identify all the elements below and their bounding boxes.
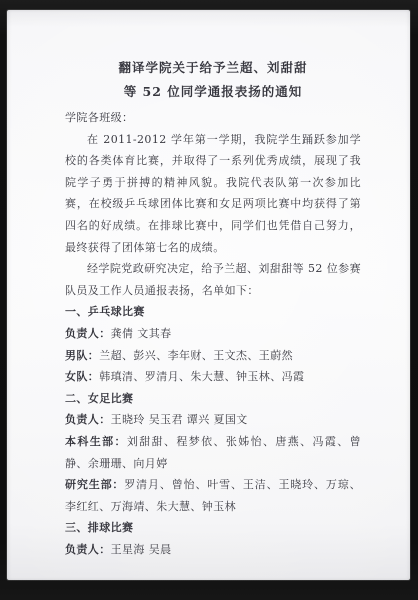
line-label: 女队： [65, 370, 99, 383]
section-3-heading: 三、排球比赛 [65, 517, 361, 539]
section-2-undergraduate: 本科生部：刘甜甜、程梦依、张姊怡、唐燕、冯霞、曾静、余珊珊、向月婷 [65, 431, 361, 474]
line-names: 兰超、彭兴、李年财、王文杰、王蔚然 [99, 349, 293, 362]
line-names: 韩瑱清、罗清月、朱大慧、钟玉林、冯霞 [99, 370, 304, 383]
line-names: 王晓玲 吴玉君 谭兴 夏国文 [111, 413, 248, 426]
line-label: 本科生部： [65, 435, 127, 448]
line-label: 负责人： [65, 327, 111, 340]
section-2-graduate: 研究生部：罗清月、曾怡、叶雪、王洁、王晓玲、万琼、李红红、万海靖、朱大慧、钟玉林 [65, 474, 361, 517]
document-body: 翻译学院关于给予兰超、刘甜甜 等 52 位同学通报表扬的通知 学院各班级： 在 … [65, 56, 361, 560]
line-label: 男队： [65, 349, 99, 362]
line-names: 龚倩 文其春 [111, 327, 172, 340]
section-1-heading: 一、乒乓球比赛 [65, 301, 361, 323]
scan-background: 翻译学院关于给予兰超、刘甜甜 等 52 位同学通报表扬的通知 学院各班级： 在 … [0, 0, 418, 600]
section-1-leaders: 负责人：龚倩 文其春 [65, 323, 361, 345]
paper-sheet: 翻译学院关于给予兰超、刘甜甜 等 52 位同学通报表扬的通知 学院各班级： 在 … [7, 10, 410, 580]
document-title-line1: 翻译学院关于给予兰超、刘甜甜 [65, 56, 361, 80]
salutation: 学院各班级： [65, 107, 361, 129]
section-1-mens-team: 男队：兰超、彭兴、李年财、王文杰、王蔚然 [65, 345, 361, 367]
line-label: 负责人： [65, 543, 111, 556]
document-title-line2: 等 52 位同学通报表扬的通知 [65, 80, 361, 104]
document-title: 翻译学院关于给予兰超、刘甜甜 等 52 位同学通报表扬的通知 [65, 56, 361, 104]
section-2-leaders: 负责人：王晓玲 吴玉君 谭兴 夏国文 [65, 409, 361, 431]
section-2-heading: 二、女足比赛 [65, 388, 361, 410]
paragraph-decision: 经学院党政研究决定，给予兰超、刘甜甜等 52 位参赛队员及工作人员通报表扬，名单… [65, 258, 361, 301]
section-1-womens-team: 女队：韩瑱清、罗清月、朱大慧、钟玉林、冯霞 [65, 366, 361, 388]
line-names: 王星海 吴晨 [111, 543, 172, 556]
line-label: 负责人： [65, 413, 111, 426]
line-label: 研究生部： [65, 478, 124, 491]
paragraph-intro: 在 2011-2012 学年第一学期，我院学生踊跃参加学校的各类体育比赛，并取得… [65, 129, 361, 259]
section-3-leaders: 负责人：王星海 吴晨 [65, 539, 361, 561]
